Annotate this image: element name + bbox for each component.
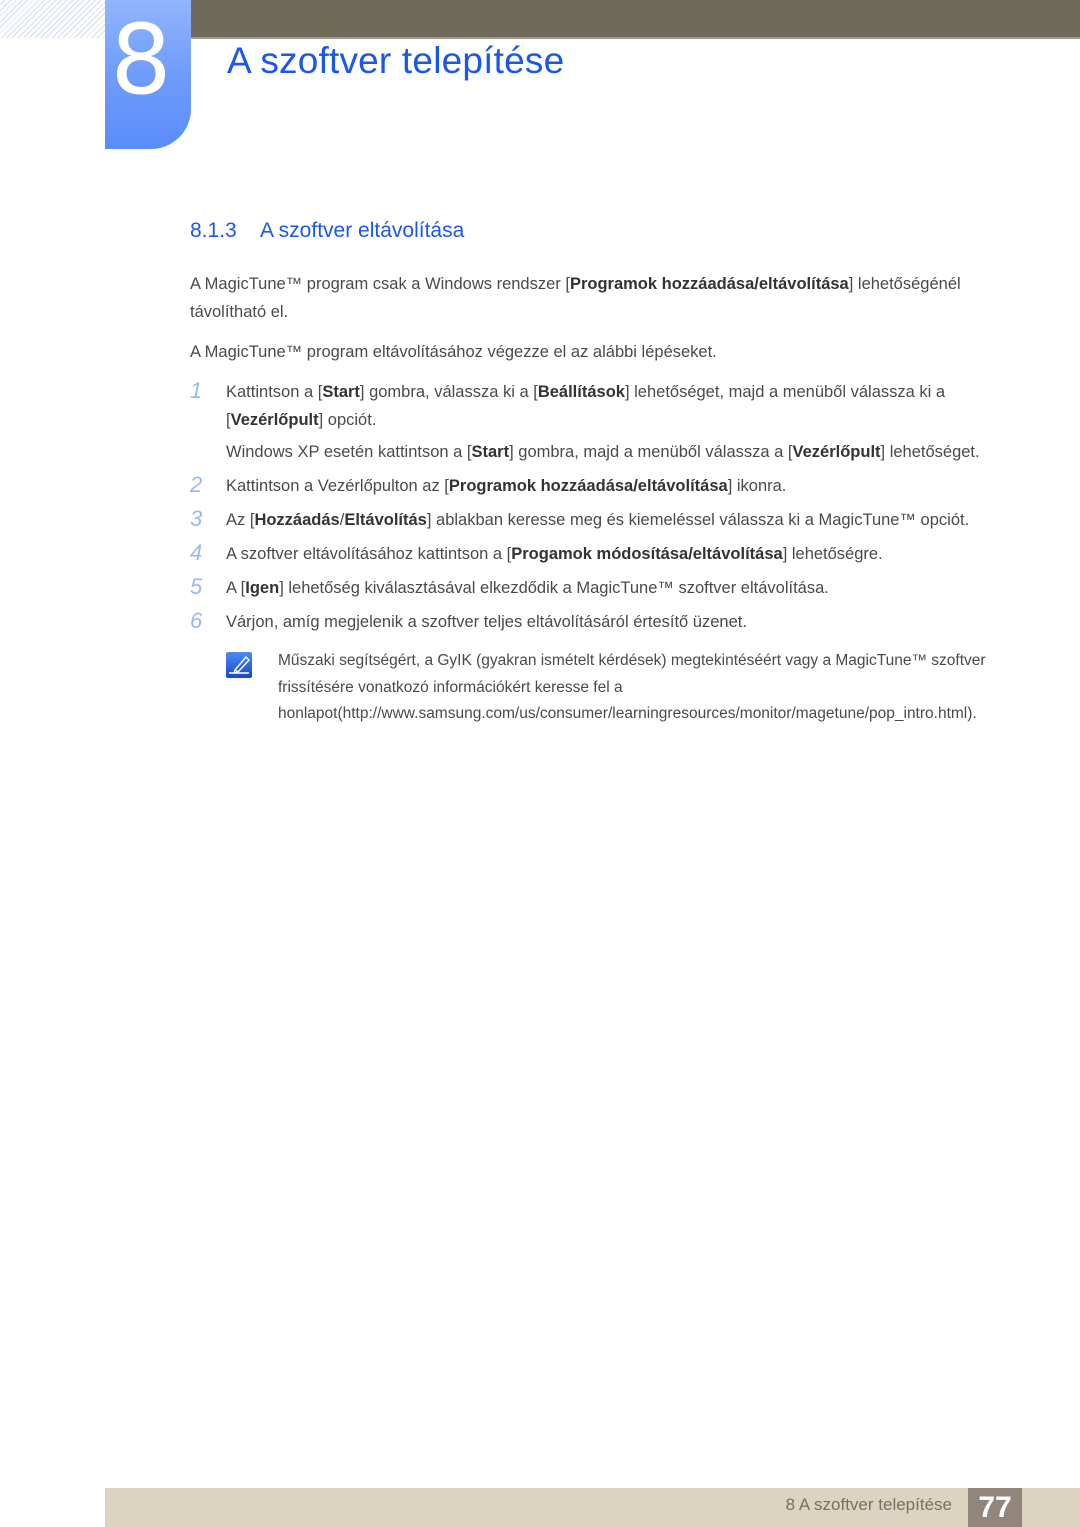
intro-paragraph-1: A MagicTune™ program csak a Windows rend… (190, 270, 1020, 326)
steps-list: 1Kattintson a [Start] gombra, válassza k… (190, 378, 1020, 636)
step-item: 2Kattintson a Vezérlőpulton az [Programo… (190, 472, 1020, 500)
text-run: A szoftver eltávolításához kattintson a … (226, 545, 511, 563)
ui-term: Vezérlőpult (231, 411, 319, 429)
main-content: A MagicTune™ program csak a Windows rend… (190, 270, 1020, 728)
ui-term: Vezérlőpult (793, 443, 881, 461)
ui-term: Progamok módosítása/eltávolítása (511, 545, 782, 563)
step-number: 4 (190, 538, 202, 568)
text-run: ] lehetőségre. (783, 545, 883, 563)
footer-band: 8 A szoftver telepítése 77 (105, 1488, 1080, 1527)
step-item: 6Várjon, amíg megjelenik a szoftver telj… (190, 608, 1020, 636)
text-run: ] gombra, majd a menüből válassza a [ (509, 443, 792, 461)
chapter-number: 8 (105, 12, 177, 108)
text-run: Kattintson a Vezérlőpulton az [ (226, 477, 449, 495)
step-text: Kattintson a [Start] gombra, válassza ki… (226, 378, 1020, 434)
ui-term: Eltávolítás (344, 511, 427, 529)
text-run: A MagicTune™ program csak a Windows rend… (190, 275, 570, 293)
page-number: 77 (968, 1488, 1022, 1527)
section-heading: 8.1.3A szoftver eltávolítása (190, 219, 464, 243)
text-run: Várjon, amíg megjelenik a szoftver telje… (226, 613, 747, 631)
note-text: Műszaki segítségért, a GyIK (gyakran ism… (278, 652, 986, 722)
text-run: Az [ (226, 511, 254, 529)
section-number: 8.1.3 (190, 219, 260, 243)
decorative-hatch (0, 0, 105, 38)
step-text: A [Igen] lehetőség kiválasztásával elkez… (226, 574, 1020, 602)
ui-term: Programok hozzáadása/eltávolítása (449, 477, 728, 495)
chapter-title: A szoftver telepítése (227, 40, 564, 82)
step-number: 2 (190, 470, 202, 500)
step-text: A szoftver eltávolításához kattintson a … (226, 540, 1020, 568)
header-band (190, 0, 1080, 39)
step-text: Várjon, amíg megjelenik a szoftver telje… (226, 608, 1020, 636)
ui-term: Programok hozzáadása/eltávolítása (570, 275, 849, 293)
ui-term: Start (322, 383, 360, 401)
text-run: ] lehetőség kiválasztásával elkezdődik a… (279, 579, 829, 597)
step-subnote: Windows XP esetén kattintson a [Start] g… (226, 438, 1020, 466)
step-text: Kattintson a Vezérlőpulton az [Programok… (226, 472, 1020, 500)
step-number: 6 (190, 606, 202, 636)
step-item: 3Az [Hozzáadás/Eltávolítás] ablakban ker… (190, 506, 1020, 534)
ui-term: Beállítások (538, 383, 625, 401)
text-run: ] ikonra. (728, 477, 787, 495)
step-text: Az [Hozzáadás/Eltávolítás] ablakban kere… (226, 506, 1020, 534)
chapter-tab: 8 (105, 0, 191, 149)
text-run: Kattintson a [ (226, 383, 322, 401)
note-box: Műszaki segítségért, a GyIK (gyakran ism… (190, 648, 1008, 728)
text-run: ] opciót. (319, 411, 377, 429)
ui-term: Igen (245, 579, 279, 597)
text-run: ] lehetőséget. (881, 443, 980, 461)
ui-term: Start (472, 443, 510, 461)
step-item: 1Kattintson a [Start] gombra, válassza k… (190, 378, 1020, 466)
section-title: A szoftver eltávolítása (260, 219, 464, 242)
text-run: A [ (226, 579, 245, 597)
step-number: 5 (190, 572, 202, 602)
step-number: 3 (190, 504, 202, 534)
text-run: Windows XP esetén kattintson a [ (226, 443, 472, 461)
step-item: 5A [Igen] lehetőség kiválasztásával elke… (190, 574, 1020, 602)
note-pencil-icon (226, 652, 252, 678)
step-item: 4A szoftver eltávolításához kattintson a… (190, 540, 1020, 568)
footer-chapter-label: 8 A szoftver telepítése (786, 1495, 952, 1515)
text-run: ] ablakban keresse meg és kiemeléssel vá… (427, 511, 969, 529)
text-run: ] gombra, válassza ki a [ (360, 383, 538, 401)
step-number: 1 (190, 376, 202, 406)
ui-term: Hozzáadás (254, 511, 339, 529)
intro-paragraph-2: A MagicTune™ program eltávolításához vég… (190, 338, 1020, 366)
